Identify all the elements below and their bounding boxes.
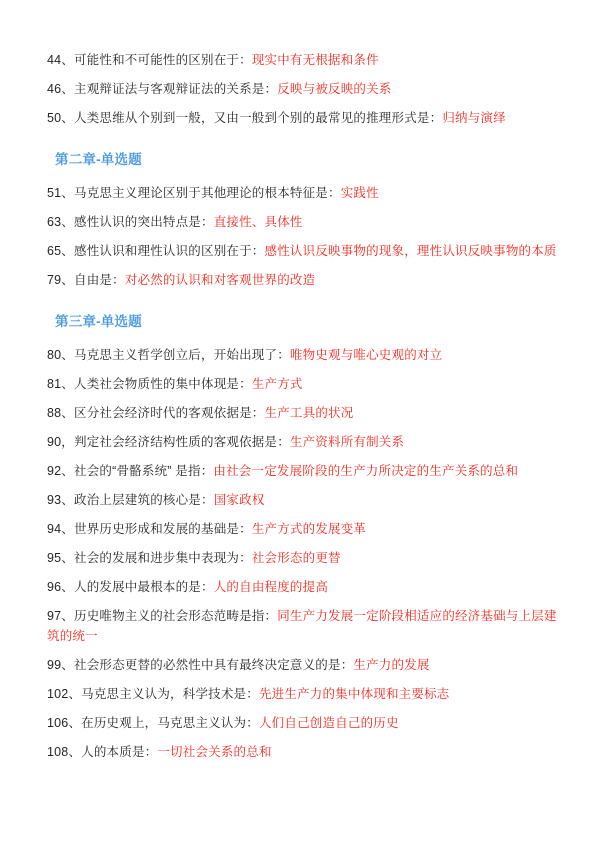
question-line: 94、世界历史形成和发展的基础是：生产方式的发展变革 bbox=[47, 519, 566, 539]
question-text: 65、感性认识和理性认识的区别在于： bbox=[47, 244, 265, 258]
question-line: 93、政治上层建筑的核心是：国家政权 bbox=[47, 490, 566, 510]
question-text: 80、马克思主义哲学创立后，开始出现了： bbox=[47, 348, 290, 362]
answer-text: 生产方式的发展变革 bbox=[252, 522, 366, 536]
answer-text: 生产力的发展 bbox=[353, 658, 429, 672]
question-text: 97、历史唯物主义的社会形态范畴是指： bbox=[47, 609, 277, 623]
question-line: 88、区分社会经济时代的客观依据是：生产工具的状况 bbox=[47, 403, 566, 423]
question-text: 92、社会的“骨骼系统” 是指： bbox=[47, 464, 213, 478]
document-content: 44、可能性和不可能性的区别在于：现实中有无根据和条件46、主观辩证法与客观辩证… bbox=[0, 0, 596, 762]
question-line: 50、人类思维从个别到一般，又由一般到个别的最常见的推理形式是：归纳与演绎 bbox=[47, 108, 566, 128]
question-line: 106、在历史观上，马克思主义认为：人们自己创造自己的历史 bbox=[47, 713, 566, 733]
question-line: 99、社会形态更替的必然性中具有最终决定意义的是：生产力的发展 bbox=[47, 655, 566, 675]
question-text: 99、社会形态更替的必然性中具有最终决定意义的是： bbox=[47, 658, 353, 672]
answer-text: 对必然的认识和对客观世界的改造 bbox=[125, 273, 316, 287]
section-header: 第二章-单选题 bbox=[55, 150, 566, 170]
question-line: 46、主观辩证法与客观辩证法的关系是：反映与被反映的关系 bbox=[47, 79, 566, 99]
question-text: 93、政治上层建筑的核心是： bbox=[47, 493, 214, 507]
question-line: 95、社会的发展和进步集中表现为：社会形态的更替 bbox=[47, 548, 566, 568]
question-line: 51、马克思主义理论区别于其他理论的根本特征是：实践性 bbox=[47, 183, 566, 203]
question-line: 97、历史唯物主义的社会形态范畴是指：同生产力发展一定阶段相适应的经济基础与上层… bbox=[47, 606, 566, 646]
question-line: 90，判定社会经济结构性质的客观依据是：生产资料所有制关系 bbox=[47, 432, 566, 452]
question-text: 90，判定社会经济结构性质的客观依据是： bbox=[47, 435, 290, 449]
question-line: 92、社会的“骨骼系统” 是指：由社会一定发展阶段的生产力所决定的生产关系的总和 bbox=[47, 461, 566, 481]
question-text: 79、自由是： bbox=[47, 273, 125, 287]
question-text: 81、人类社会物质性的集中体现是： bbox=[47, 377, 252, 391]
answer-text: 人的自由程度的提高 bbox=[214, 580, 328, 594]
answer-text: 生产资料所有制关系 bbox=[290, 435, 404, 449]
answer-text: 社会形态的更替 bbox=[252, 551, 341, 565]
answer-text: 生产工具的状况 bbox=[265, 406, 354, 420]
document-page: 44、可能性和不可能性的区别在于：现实中有无根据和条件46、主观辩证法与客观辩证… bbox=[0, 0, 596, 842]
question-text: 106、在历史观上，马克思主义认为： bbox=[47, 716, 259, 730]
section-header: 第三章-单选题 bbox=[55, 312, 566, 332]
question-line: 96、人的发展中最根本的是：人的自由程度的提高 bbox=[47, 577, 566, 597]
answer-text: 人们自己创造自己的历史 bbox=[259, 716, 399, 730]
question-text: 94、世界历史形成和发展的基础是： bbox=[47, 522, 252, 536]
question-line: 65、感性认识和理性认识的区别在于：感性认识反映事物的现象，理性认识反映事物的本… bbox=[47, 241, 566, 261]
question-line: 63、感性认识的突出特点是：直接性、具体性 bbox=[47, 212, 566, 232]
question-line: 79、自由是：对必然的认识和对客观世界的改造 bbox=[47, 270, 566, 290]
answer-text: 直接性、具体性 bbox=[214, 215, 303, 229]
answer-text: 实践性 bbox=[341, 186, 379, 200]
question-line: 81、人类社会物质性的集中体现是：生产方式 bbox=[47, 374, 566, 394]
question-text: 96、人的发展中最根本的是： bbox=[47, 580, 214, 594]
question-text: 50、人类思维从个别到一般，又由一般到个别的最常见的推理形式是： bbox=[47, 111, 442, 125]
question-text: 102、马克思主义认为，科学技术是： bbox=[47, 687, 259, 701]
answer-text: 一切社会关系的总和 bbox=[157, 745, 271, 759]
answer-text: 国家政权 bbox=[214, 493, 265, 507]
question-line: 44、可能性和不可能性的区别在于：现实中有无根据和条件 bbox=[47, 50, 566, 70]
answer-text: 先进生产力的集中体现和主要标志 bbox=[259, 687, 450, 701]
answer-text: 唯物史观与唯心史观的对立 bbox=[290, 348, 442, 362]
question-line: 80、马克思主义哲学创立后，开始出现了：唯物史观与唯心史观的对立 bbox=[47, 345, 566, 365]
question-text: 88、区分社会经济时代的客观依据是： bbox=[47, 406, 265, 420]
answer-text: 反映与被反映的关系 bbox=[277, 82, 391, 96]
answer-text: 归纳与演绎 bbox=[442, 111, 506, 125]
answer-text: 由社会一定发展阶段的生产力所决定的生产关系的总和 bbox=[213, 464, 518, 478]
question-line: 102、马克思主义认为，科学技术是：先进生产力的集中体现和主要标志 bbox=[47, 684, 566, 704]
question-text: 63、感性认识的突出特点是： bbox=[47, 215, 214, 229]
answer-text: 感性认识反映事物的现象，理性认识反映事物的本质 bbox=[265, 244, 557, 258]
question-line: 108、人的本质是：一切社会关系的总和 bbox=[47, 742, 566, 762]
answer-text: 生产方式 bbox=[252, 377, 303, 391]
question-text: 44、可能性和不可能性的区别在于： bbox=[47, 53, 252, 67]
question-text: 108、人的本质是： bbox=[47, 745, 157, 759]
question-text: 95、社会的发展和进步集中表现为： bbox=[47, 551, 252, 565]
answer-text: 现实中有无根据和条件 bbox=[252, 53, 379, 67]
question-text: 51、马克思主义理论区别于其他理论的根本特征是： bbox=[47, 186, 341, 200]
question-text: 46、主观辩证法与客观辩证法的关系是： bbox=[47, 82, 277, 96]
